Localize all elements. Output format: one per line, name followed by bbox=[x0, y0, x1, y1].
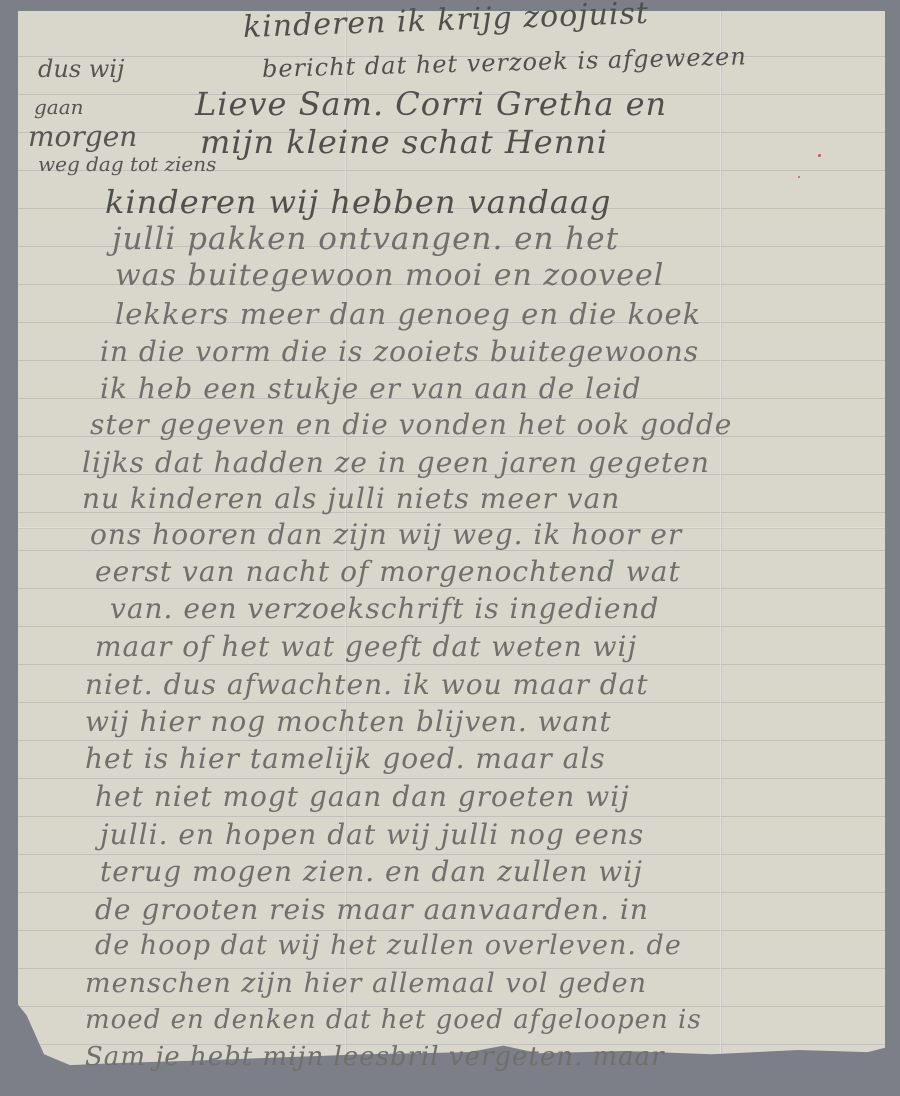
body-line: was buitegewoon mooi en zooveel bbox=[115, 258, 664, 293]
body-line: Sam je hebt mijn leesbril vergeten. maar bbox=[85, 1042, 665, 1072]
vertical-fold-line bbox=[720, 11, 722, 1091]
body-line: kinderen wij hebben vandaag bbox=[105, 183, 612, 221]
salutation-line: mijn kleine schat Henni bbox=[200, 123, 608, 161]
body-line: in die vorm die is zooiets buitegewoons bbox=[100, 335, 699, 368]
salutation-line: Lieve Sam. Corri Gretha en bbox=[195, 85, 667, 123]
margin-note: weg dag tot ziens bbox=[38, 152, 216, 176]
body-line: de grooten reis maar aanvaarden. in bbox=[95, 893, 649, 926]
body-line: ons hooren dan zijn wij weg. ik hoor er bbox=[90, 518, 682, 551]
body-line: ik heb een stukje er van aan de leid bbox=[100, 372, 642, 405]
body-line: eerst van nacht of morgenochtend wat bbox=[95, 555, 681, 588]
body-line: ster gegeven en die vonden het ook godde bbox=[90, 408, 732, 441]
margin-note: morgen bbox=[28, 120, 137, 153]
body-line: menschen zijn hier allemaal vol geden bbox=[85, 968, 647, 999]
body-line: de hoop dat wij het zullen overleven. de bbox=[95, 930, 682, 961]
margin-note: gaan bbox=[34, 95, 84, 119]
body-line: julli. en hopen dat wij julli nog eens bbox=[100, 818, 644, 851]
body-line: het is hier tamelijk goed. maar als bbox=[85, 742, 606, 775]
body-line: moed en denken dat het goed afgeloopen i… bbox=[85, 1005, 702, 1035]
margin-note: dus wij bbox=[38, 55, 124, 83]
body-line: het niet mogt gaan dan groeten wij bbox=[95, 780, 630, 813]
body-line: terug mogen zien. en dan zullen wij bbox=[100, 855, 643, 888]
red-stain-mark bbox=[818, 154, 821, 157]
body-line: maar of het wat geeft dat weten wij bbox=[95, 630, 637, 663]
body-line: wij hier nog mochten blijven. want bbox=[85, 705, 612, 738]
body-line: julli pakken ontvangen. en het bbox=[112, 221, 619, 257]
vertical-fold-line bbox=[345, 11, 347, 1091]
body-line: nu kinderen als julli niets meer van bbox=[82, 482, 620, 515]
body-line: lekkers meer dan genoeg en die koek bbox=[115, 297, 701, 331]
body-line: lijks dat hadden ze in geen jaren gegete… bbox=[82, 446, 710, 479]
body-line: van. een verzoekschrift is ingediend bbox=[110, 592, 659, 625]
red-stain-mark bbox=[798, 176, 800, 178]
body-line: niet. dus afwachten. ik wou maar dat bbox=[85, 668, 649, 701]
